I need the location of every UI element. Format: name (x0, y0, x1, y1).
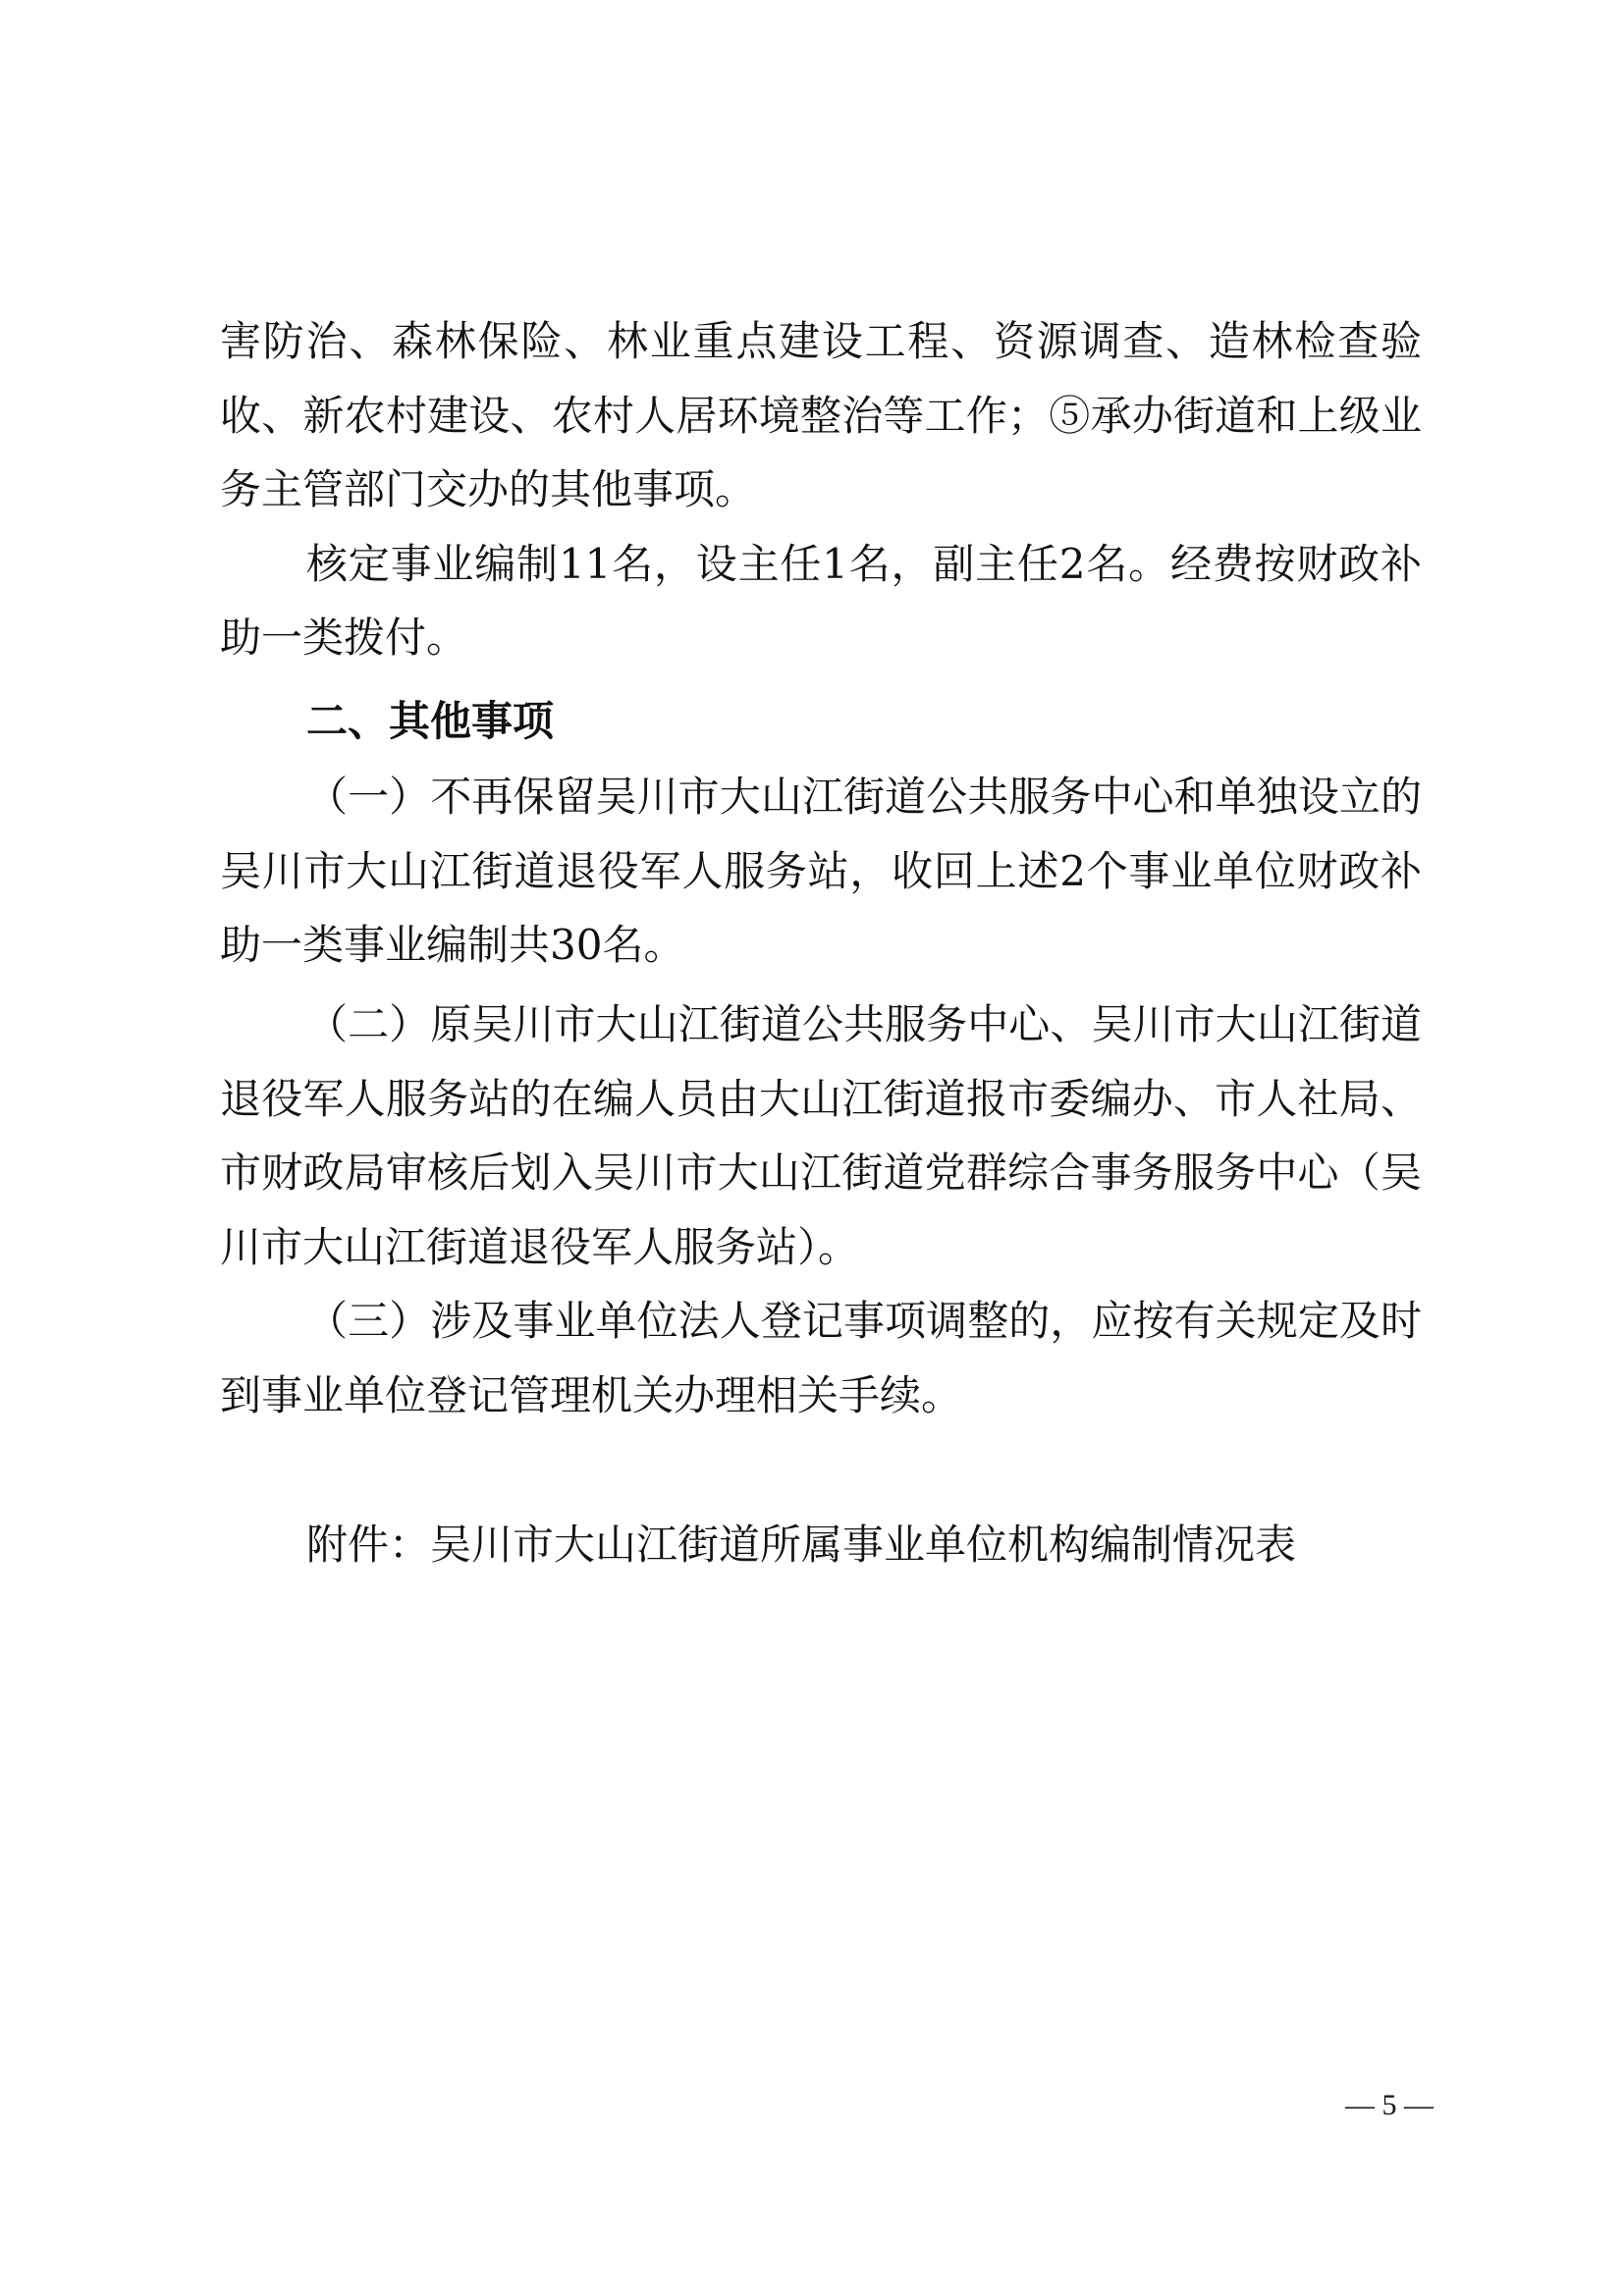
paragraph-duties-continued: 害防治、森林保险、林业重点建设工程、资源调查、造林检查验收、新农村建设、农村人居… (220, 304, 1422, 527)
paragraph-staffing: 核定事业编制11名，设主任1名，副主任2名。经费按财政补助一类拨付。 (220, 527, 1422, 675)
attachment-note: 附件：吴川市大山江街道所属事业单位机构编制情况表 (306, 1516, 1296, 1575)
section-other-matters: 二、其他事项 (220, 684, 1422, 759)
section-heading: 二、其他事项 (220, 684, 1422, 759)
document-page: 害防治、森林保险、林业重点建设工程、资源调查、造林检查验收、新农村建设、农村人居… (0, 0, 1624, 2296)
page-number: — 5 — (1345, 2089, 1434, 2122)
item-2: （二）原吴川市大山江街道公共服务中心、吴川市大山江街道退役军人服务站的在编人员由… (220, 988, 1422, 1284)
item-1: （一）不再保留吴川市大山江街道公共服务中心和单独设立的吴川市大山江街道退役军人服… (220, 760, 1422, 983)
item-3: （三）涉及事业单位法人登记事项调整的，应按有关规定及时到事业单位登记管理机关办理… (220, 1284, 1422, 1432)
items-block-3: （三）涉及事业单位法人登记事项调整的，应按有关规定及时到事业单位登记管理机关办理… (220, 1284, 1422, 1432)
items-block-2: （二）原吴川市大山江街道公共服务中心、吴川市大山江街道退役军人服务站的在编人员由… (220, 988, 1422, 1284)
document-body: 害防治、森林保险、林业重点建设工程、资源调查、造林检查验收、新农村建设、农村人居… (220, 304, 1422, 675)
items-block: （一）不再保留吴川市大山江街道公共服务中心和单独设立的吴川市大山江街道退役军人服… (220, 760, 1422, 983)
